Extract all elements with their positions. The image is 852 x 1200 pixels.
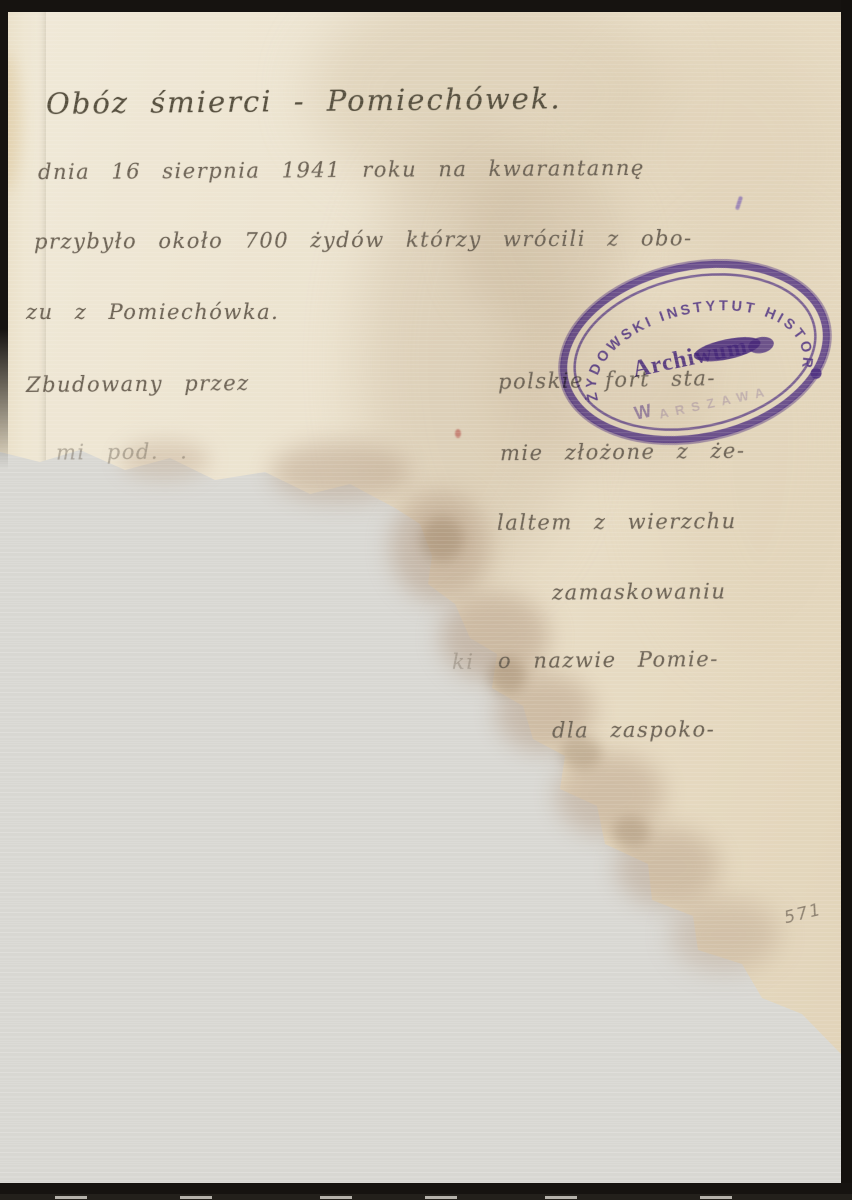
scan-edge-left bbox=[0, 0, 8, 470]
handwriting-line: Zbudowany przez bbox=[26, 371, 250, 397]
scanned-document-page: Obóz śmierci - Pomiechówek. dnia 16 sier… bbox=[0, 0, 852, 1200]
film-edge-mark bbox=[545, 1196, 577, 1199]
film-edge-mark bbox=[425, 1196, 457, 1199]
stamp-city-rest: ARSZAWA bbox=[658, 383, 773, 421]
stamp-city-initial: W bbox=[632, 401, 653, 424]
handwriting-line: o nazwie Pomie- bbox=[498, 647, 719, 673]
paper-sheet: Obóz śmierci - Pomiechówek. dnia 16 sier… bbox=[0, 12, 841, 1183]
scan-edge-right bbox=[841, 0, 852, 1200]
scan-edge-bottom bbox=[0, 1183, 852, 1194]
handwriting-line: przybyło około 700 żydów którzy wrócili … bbox=[34, 226, 693, 253]
handwriting-line: zamaskowaniu bbox=[552, 579, 727, 604]
film-edge-mark bbox=[55, 1196, 87, 1199]
handwriting-line-faded: mi pod. . bbox=[56, 439, 189, 464]
stray-stamp-mark bbox=[735, 196, 743, 211]
film-edge-mark bbox=[320, 1196, 352, 1199]
handwriting-line: laltem z wierzchu bbox=[497, 509, 737, 535]
page-number: 571 bbox=[782, 900, 824, 929]
page-title: Obóz śmierci - Pomiechówek. bbox=[46, 81, 562, 120]
handwriting-fragment: ki bbox=[452, 650, 474, 674]
film-edge-mark bbox=[180, 1196, 212, 1199]
scan-edge-top bbox=[0, 0, 852, 12]
stain-blob bbox=[612, 817, 650, 847]
handwriting-line: dla zaspoko- bbox=[552, 717, 715, 742]
handwriting-line: zu z Pomiechówka. bbox=[26, 300, 279, 324]
red-ink-spot bbox=[455, 429, 461, 438]
film-edge-mark bbox=[700, 1196, 732, 1199]
handwriting-line: dnia 16 sierpnia 1941 roku na kwarantann… bbox=[38, 156, 645, 184]
